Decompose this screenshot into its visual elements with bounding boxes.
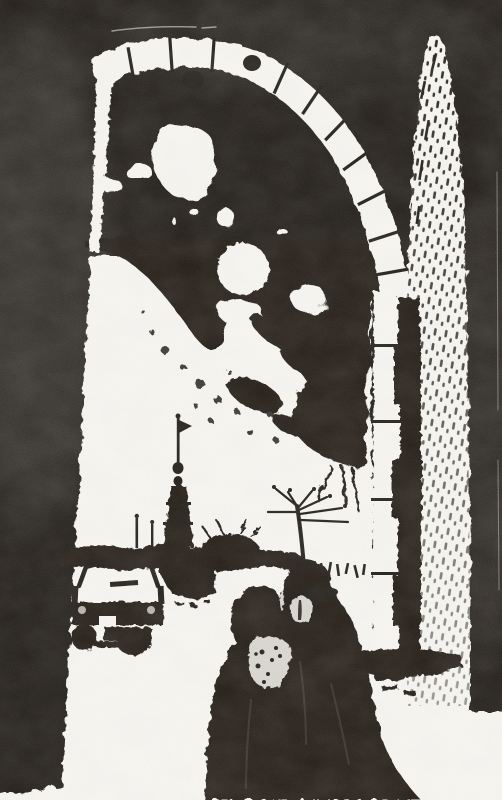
photo-canvas (0, 0, 502, 800)
halftone-photo (0, 0, 502, 800)
film-grain-dark (0, 0, 502, 800)
